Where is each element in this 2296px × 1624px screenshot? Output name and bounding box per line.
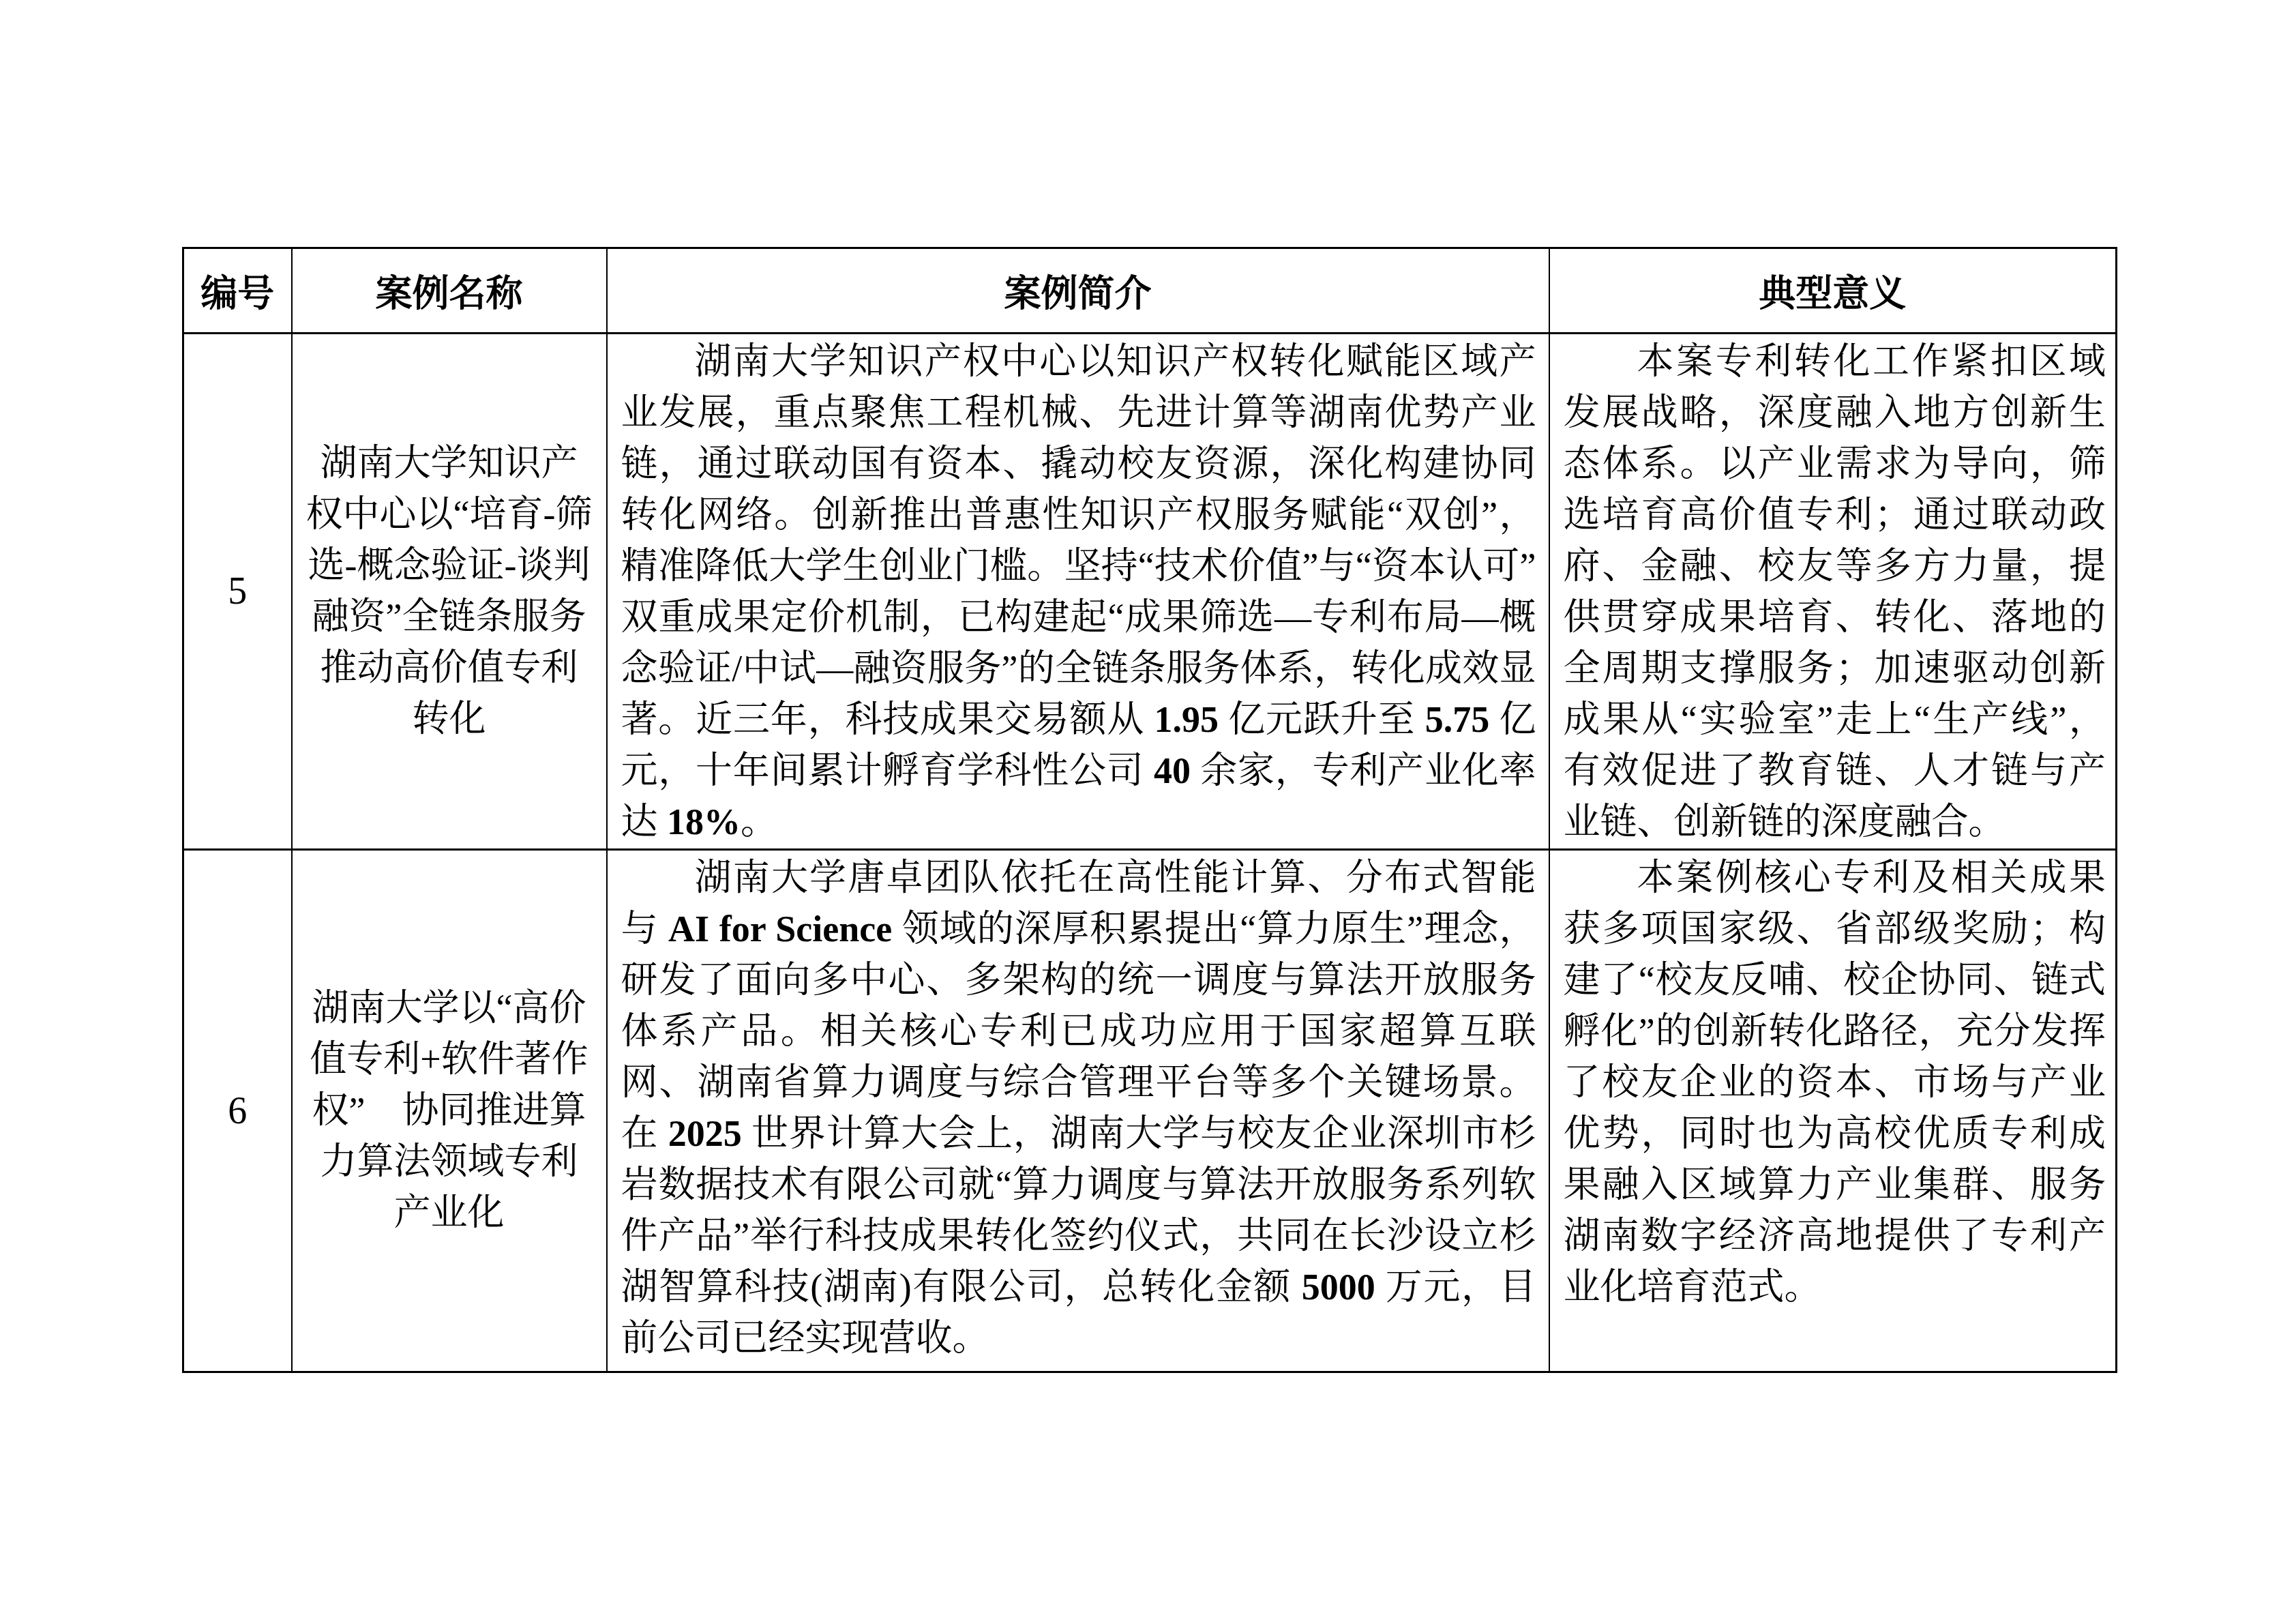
case-6-name: 湖南大学以“高价值专利+软件著作权” 协同推进算力算法领域专利产业化 — [292, 850, 607, 1372]
table-row-case-5: 5 湖南大学知识产权中心以“培育-筛选-概念验证-谈判融资”全链条服务推动高价值… — [183, 334, 2117, 850]
case-6-number: 6 — [183, 850, 292, 1372]
text-run: 亿元跃升至 — [1219, 699, 1425, 740]
bold-text-run: AI for Science — [668, 909, 892, 949]
cases-table: 编号 案例名称 案例简介 典型意义 5 湖南大学知识产权中心以“培育-筛选-概念… — [182, 247, 2117, 1373]
bold-text-run: 2025 — [668, 1113, 742, 1154]
header-cell-number: 编号 — [183, 248, 292, 334]
document-page: 编号 案例名称 案例简介 典型意义 5 湖南大学知识产权中心以“培育-筛选-概念… — [0, 0, 2296, 1624]
table-header-row: 编号 案例名称 案例简介 典型意义 — [183, 248, 2117, 334]
bold-text-run: 5000 — [1302, 1267, 1375, 1308]
header-cell-case-intro: 案例简介 — [607, 248, 1549, 334]
table-row-case-6: 6 湖南大学以“高价值专利+软件著作权” 协同推进算力算法领域专利产业化 湖南大… — [183, 850, 2117, 1372]
case-5-intro: 湖南大学知识产权中心以知识产权转化赋能区域产业发展，重点聚焦工程机械、先进计算等… — [607, 334, 1549, 850]
header-cell-case-name: 案例名称 — [292, 248, 607, 334]
text-run: 。 — [741, 801, 777, 842]
case-5-number: 5 — [183, 334, 292, 850]
case-5-name: 湖南大学知识产权中心以“培育-筛选-概念验证-谈判融资”全链条服务推动高价值专利… — [292, 334, 607, 850]
text-run: 湖南大学知识产权中心以知识产权转化赋能区域产业发展，重点聚焦工程机械、先进计算等… — [621, 341, 1536, 740]
bold-text-run: 40 — [1154, 750, 1191, 791]
bold-text-run: 5.75 — [1425, 699, 1490, 740]
case-6-significance: 本案例核心专利及相关成果获多项国家级、省部级奖励；构建了“校友反哺、校企协同、链… — [1549, 850, 2117, 1372]
case-5-significance: 本案专利转化工作紧扣区域发展战略，深度融入地方创新生态体系。以产业需求为导向，筛… — [1549, 334, 2117, 850]
bold-text-run: 18% — [667, 801, 741, 842]
case-6-intro: 湖南大学唐卓团队依托在高性能计算、分布式智能与 AI for Science 领… — [607, 850, 1549, 1372]
bold-text-run: 1.95 — [1154, 699, 1219, 740]
header-cell-significance: 典型意义 — [1549, 248, 2117, 334]
